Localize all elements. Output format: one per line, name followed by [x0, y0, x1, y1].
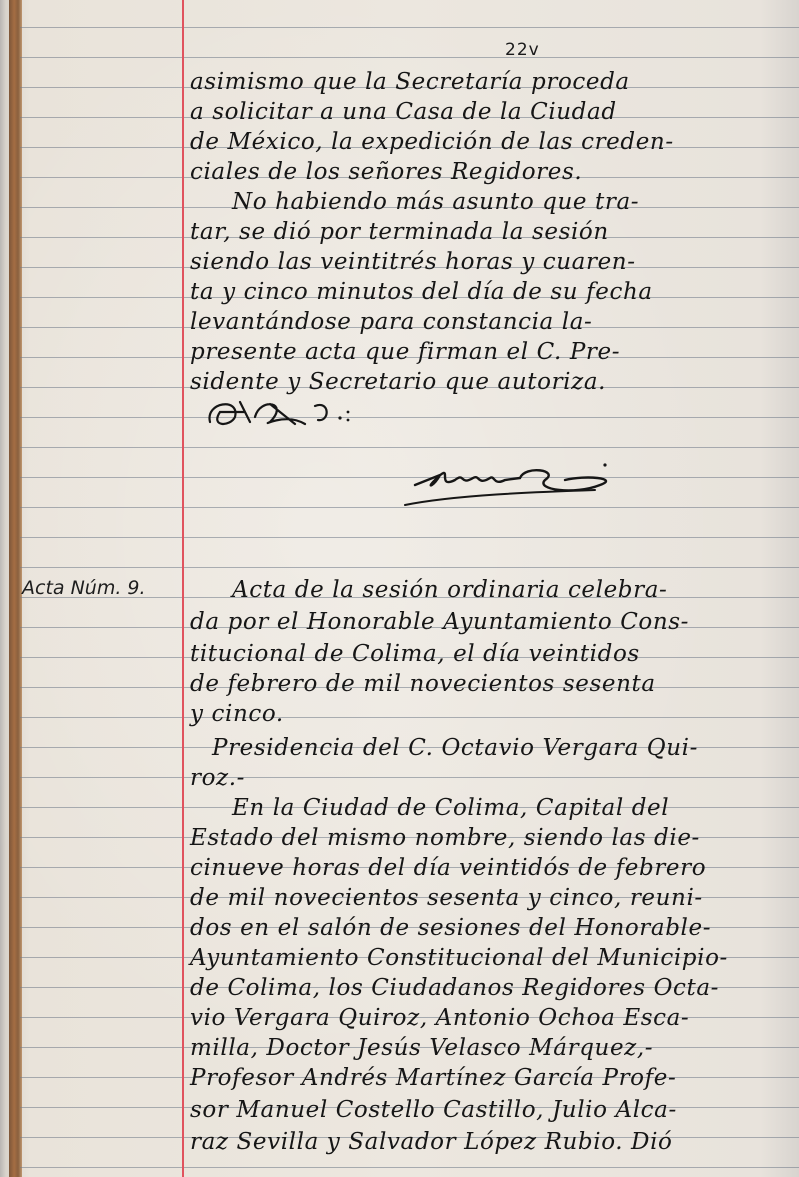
signature-flourish-icon — [200, 392, 380, 432]
red-margin-rule — [182, 0, 184, 1177]
text-line: da por el Honorable Ayuntamiento Cons- — [190, 607, 689, 637]
text-line: presente acta que firman el C. Pre- — [190, 337, 620, 367]
signature-scrawl-icon — [395, 450, 635, 520]
text-line: ciales de los señores Regidores. — [190, 157, 582, 187]
text-line: Acta de la sesión ordinaria celebra- — [232, 575, 667, 605]
text-line: sor Manuel Costello Castillo, Julio Alca… — [190, 1095, 677, 1125]
text-line: No habiendo más asunto que tra- — [232, 187, 639, 217]
page-number: 22v — [505, 40, 540, 60]
text-line: de Colima, los Ciudadanos Regidores Octa… — [190, 973, 719, 1003]
signature-2 — [395, 450, 635, 520]
text-line: Profesor Andrés Martínez García Profe- — [190, 1063, 676, 1093]
text-line: tar, se dió por terminada la sesión — [190, 217, 609, 247]
ledger-page: 22v asimismo que la Secretaría proceda a… — [0, 0, 799, 1177]
text-line: levantándose para constancia la- — [190, 307, 592, 337]
text-line: de México, la expedición de las creden- — [190, 127, 674, 157]
text-line: cinueve horas del día veintidós de febre… — [190, 853, 706, 883]
text-line: milla, Doctor Jesús Velasco Márquez,- — [190, 1033, 653, 1063]
text-line: y cinco. — [190, 699, 284, 729]
text-line: de febrero de mil novecientos sesenta — [190, 669, 656, 699]
text-line: roz.- — [190, 763, 245, 793]
text-line: En la Ciudad de Colima, Capital del — [232, 793, 669, 823]
text-line: asimismo que la Secretaría proceda — [190, 67, 630, 97]
text-line: raz Sevilla y Salvador López Rubio. Dió — [190, 1127, 673, 1157]
text-line: Estado del mismo nombre, siendo las die- — [190, 823, 700, 853]
text-line: vio Vergara Quiroz, Antonio Ochoa Esca- — [190, 1003, 689, 1033]
text-line: a solicitar a una Casa de la Ciudad — [190, 97, 617, 127]
text-line: Ayuntamiento Constitucional del Municipi… — [190, 943, 728, 973]
signature-rubric-1 — [200, 392, 380, 432]
text-line: de mil novecientos sesenta y cinco, reun… — [190, 883, 703, 913]
text-line: Presidencia del C. Octavio Vergara Qui- — [212, 733, 698, 763]
acta-number-label: Acta Núm. 9. — [22, 577, 146, 599]
text-line: ta y cinco minutos del día de su fecha — [190, 277, 653, 307]
text-line: titucional de Colima, el día veintidos — [190, 639, 640, 669]
text-line: siendo las veintitrés horas y cuaren- — [190, 247, 636, 277]
text-line: dos en el salón de sesiones del Honorabl… — [190, 913, 711, 943]
